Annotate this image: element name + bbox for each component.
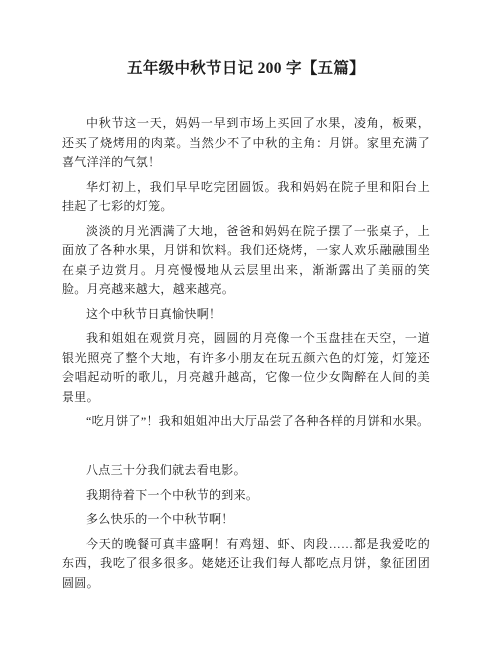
document-page: 五年级中秋节日记 200 字【五篇】 中秋节这一天，妈妈一早到市场上买回了水果，… [0,0,500,647]
paragraph: “吃月饼了”！我和姐姐冲出大厅品尝了各种各样的月饼和水果。 [62,412,430,432]
paragraph: 今天的晚餐可真丰盛啊！有鸡翅、虾、肉段……都是我爱吃的东西，我吃了很多很多。姥姥… [62,535,430,594]
paragraph: 我期待着下一个中秋节的到来。 [62,486,430,506]
paragraph: 这个中秋节日真愉快啊！ [62,305,430,325]
paragraph: 中秋节这一天，妈妈一早到市场上买回了水果，凌角，板栗，还买了烧烤用的肉菜。当然少… [62,114,430,173]
document-title: 五年级中秋节日记 200 字【五篇】 [62,57,430,81]
paragraph: 淡淡的月光洒满了大地，爸爸和妈妈在院子摆了一张桌子，上面放了各种水果，月饼和饮料… [62,222,430,300]
paragraph: 华灯初上，我们早早吃完团圆饭。我和妈妈在院子里和阳台上挂起了七彩的灯笼。 [62,178,430,217]
blank-line [62,437,430,457]
paragraph: 我和姐姐在观赏月亮，圆圆的月亮像一个玉盘挂在天空，一道银光照亮了整个大地，有许多… [62,329,430,407]
paragraph: 八点三十分我们就去看电影。 [62,461,430,481]
paragraph: 多么快乐的一个中秋节啊！ [62,510,430,530]
